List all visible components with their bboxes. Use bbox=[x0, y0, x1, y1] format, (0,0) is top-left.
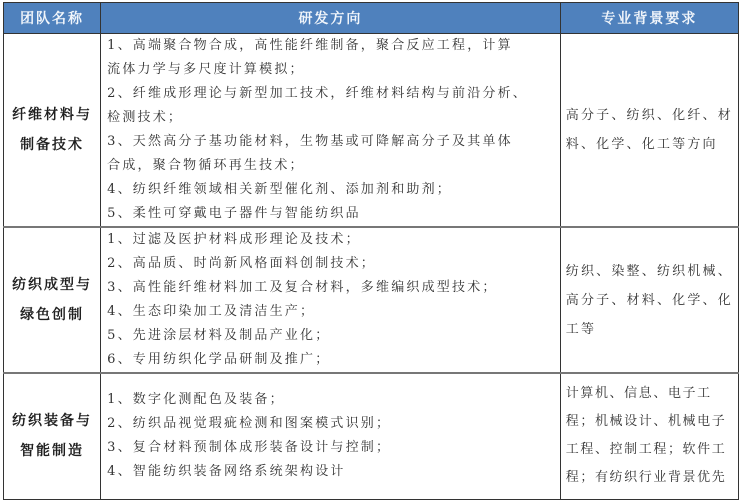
requirement-cell: 计算机、信息、电子工程；机械设计、机械电子工程、控制工程；软件工程；有纺织行业背… bbox=[560, 373, 738, 499]
direction-line: 4、纺织纤维领域相关新型催化剂、添加剂和助剂； bbox=[107, 178, 556, 202]
direction-line: 3、天然高分子基功能材料，生物基或可降解高分子及其单体 bbox=[107, 130, 556, 154]
direction-line: 1、数字化测配色及装备； bbox=[107, 388, 556, 412]
team-name-line: 纺织装备与 bbox=[4, 406, 100, 436]
requirement-cell: 纺织、染整、纺织机械、高分子、材料、化学、化工等 bbox=[560, 227, 738, 373]
direction-line: 1、高端聚合物合成，高性能纤维制备，聚合反应工程，计算 bbox=[107, 34, 556, 58]
header-research-direction: 研发方向 bbox=[101, 3, 561, 34]
direction-line: 合成，聚合物循环再生技术； bbox=[107, 154, 556, 178]
table-row: 纺织装备与 智能制造 1、数字化测配色及装备； 2、纺织品视觉瑕疵检测和图案模式… bbox=[4, 373, 739, 499]
team-name-line: 制备技术 bbox=[4, 130, 100, 160]
direction-line: 1、过滤及医护材料成形理论及技术； bbox=[107, 228, 556, 252]
header-team-name: 团队名称 bbox=[4, 3, 101, 34]
team-name-line: 纺织成型与 bbox=[4, 270, 100, 300]
direction-line: 3、复合材料预制体成形装备设计与控制； bbox=[107, 436, 556, 460]
table-row: 纺织成型与 绿色创制 1、过滤及医护材料成形理论及技术； 2、高品质、时尚新风格… bbox=[4, 227, 739, 373]
team-name-line: 绿色创制 bbox=[4, 300, 100, 330]
direction-line: 4、智能纺织装备网络系统架构设计 bbox=[107, 460, 556, 484]
research-direction-cell: 1、高端聚合物合成，高性能纤维制备，聚合反应工程，计算 流体力学与多尺度计算模拟… bbox=[101, 34, 561, 228]
research-direction-cell: 1、过滤及医护材料成形理论及技术； 2、高品质、时尚新风格面料创制技术； 3、高… bbox=[101, 227, 561, 373]
direction-line: 5、先进涂层材料及制品产业化； bbox=[107, 324, 556, 348]
research-direction-cell: 1、数字化测配色及装备； 2、纺织品视觉瑕疵检测和图案模式识别； 3、复合材料预… bbox=[101, 373, 561, 499]
header-background-requirement: 专业背景要求 bbox=[560, 3, 738, 34]
direction-line: 2、纤维成形理论与新型加工技术，纤维材料结构与前沿分析、 bbox=[107, 82, 556, 106]
table-row: 纤维材料与 制备技术 1、高端聚合物合成，高性能纤维制备，聚合反应工程，计算 流… bbox=[4, 34, 739, 228]
team-research-table: 团队名称 研发方向 专业背景要求 纤维材料与 制备技术 1、高端聚合物合成，高性… bbox=[3, 2, 739, 499]
team-name-cell: 纺织装备与 智能制造 bbox=[4, 373, 101, 499]
direction-line: 流体力学与多尺度计算模拟； bbox=[107, 58, 556, 82]
requirement-cell: 高分子、纺织、化纤、材料、化学、化工等方向 bbox=[560, 34, 738, 228]
team-name-cell: 纺织成型与 绿色创制 bbox=[4, 227, 101, 373]
direction-line: 2、高品质、时尚新风格面料创制技术； bbox=[107, 252, 556, 276]
table-header-row: 团队名称 研发方向 专业背景要求 bbox=[4, 3, 739, 34]
direction-line: 6、专用纺织化学品研制及推广； bbox=[107, 348, 556, 372]
direction-line: 5、柔性可穿戴电子器件与智能纺织品 bbox=[107, 202, 556, 226]
direction-line: 检测技术； bbox=[107, 106, 556, 130]
team-name-line: 纤维材料与 bbox=[4, 100, 100, 130]
direction-line: 2、纺织品视觉瑕疵检测和图案模式识别； bbox=[107, 412, 556, 436]
team-name-cell: 纤维材料与 制备技术 bbox=[4, 34, 101, 228]
direction-line: 3、高性能纤维材料加工及复合材料，多维编织成型技术； bbox=[107, 276, 556, 300]
team-name-line: 智能制造 bbox=[4, 436, 100, 466]
direction-line: 4、生态印染加工及清洁生产； bbox=[107, 300, 556, 324]
